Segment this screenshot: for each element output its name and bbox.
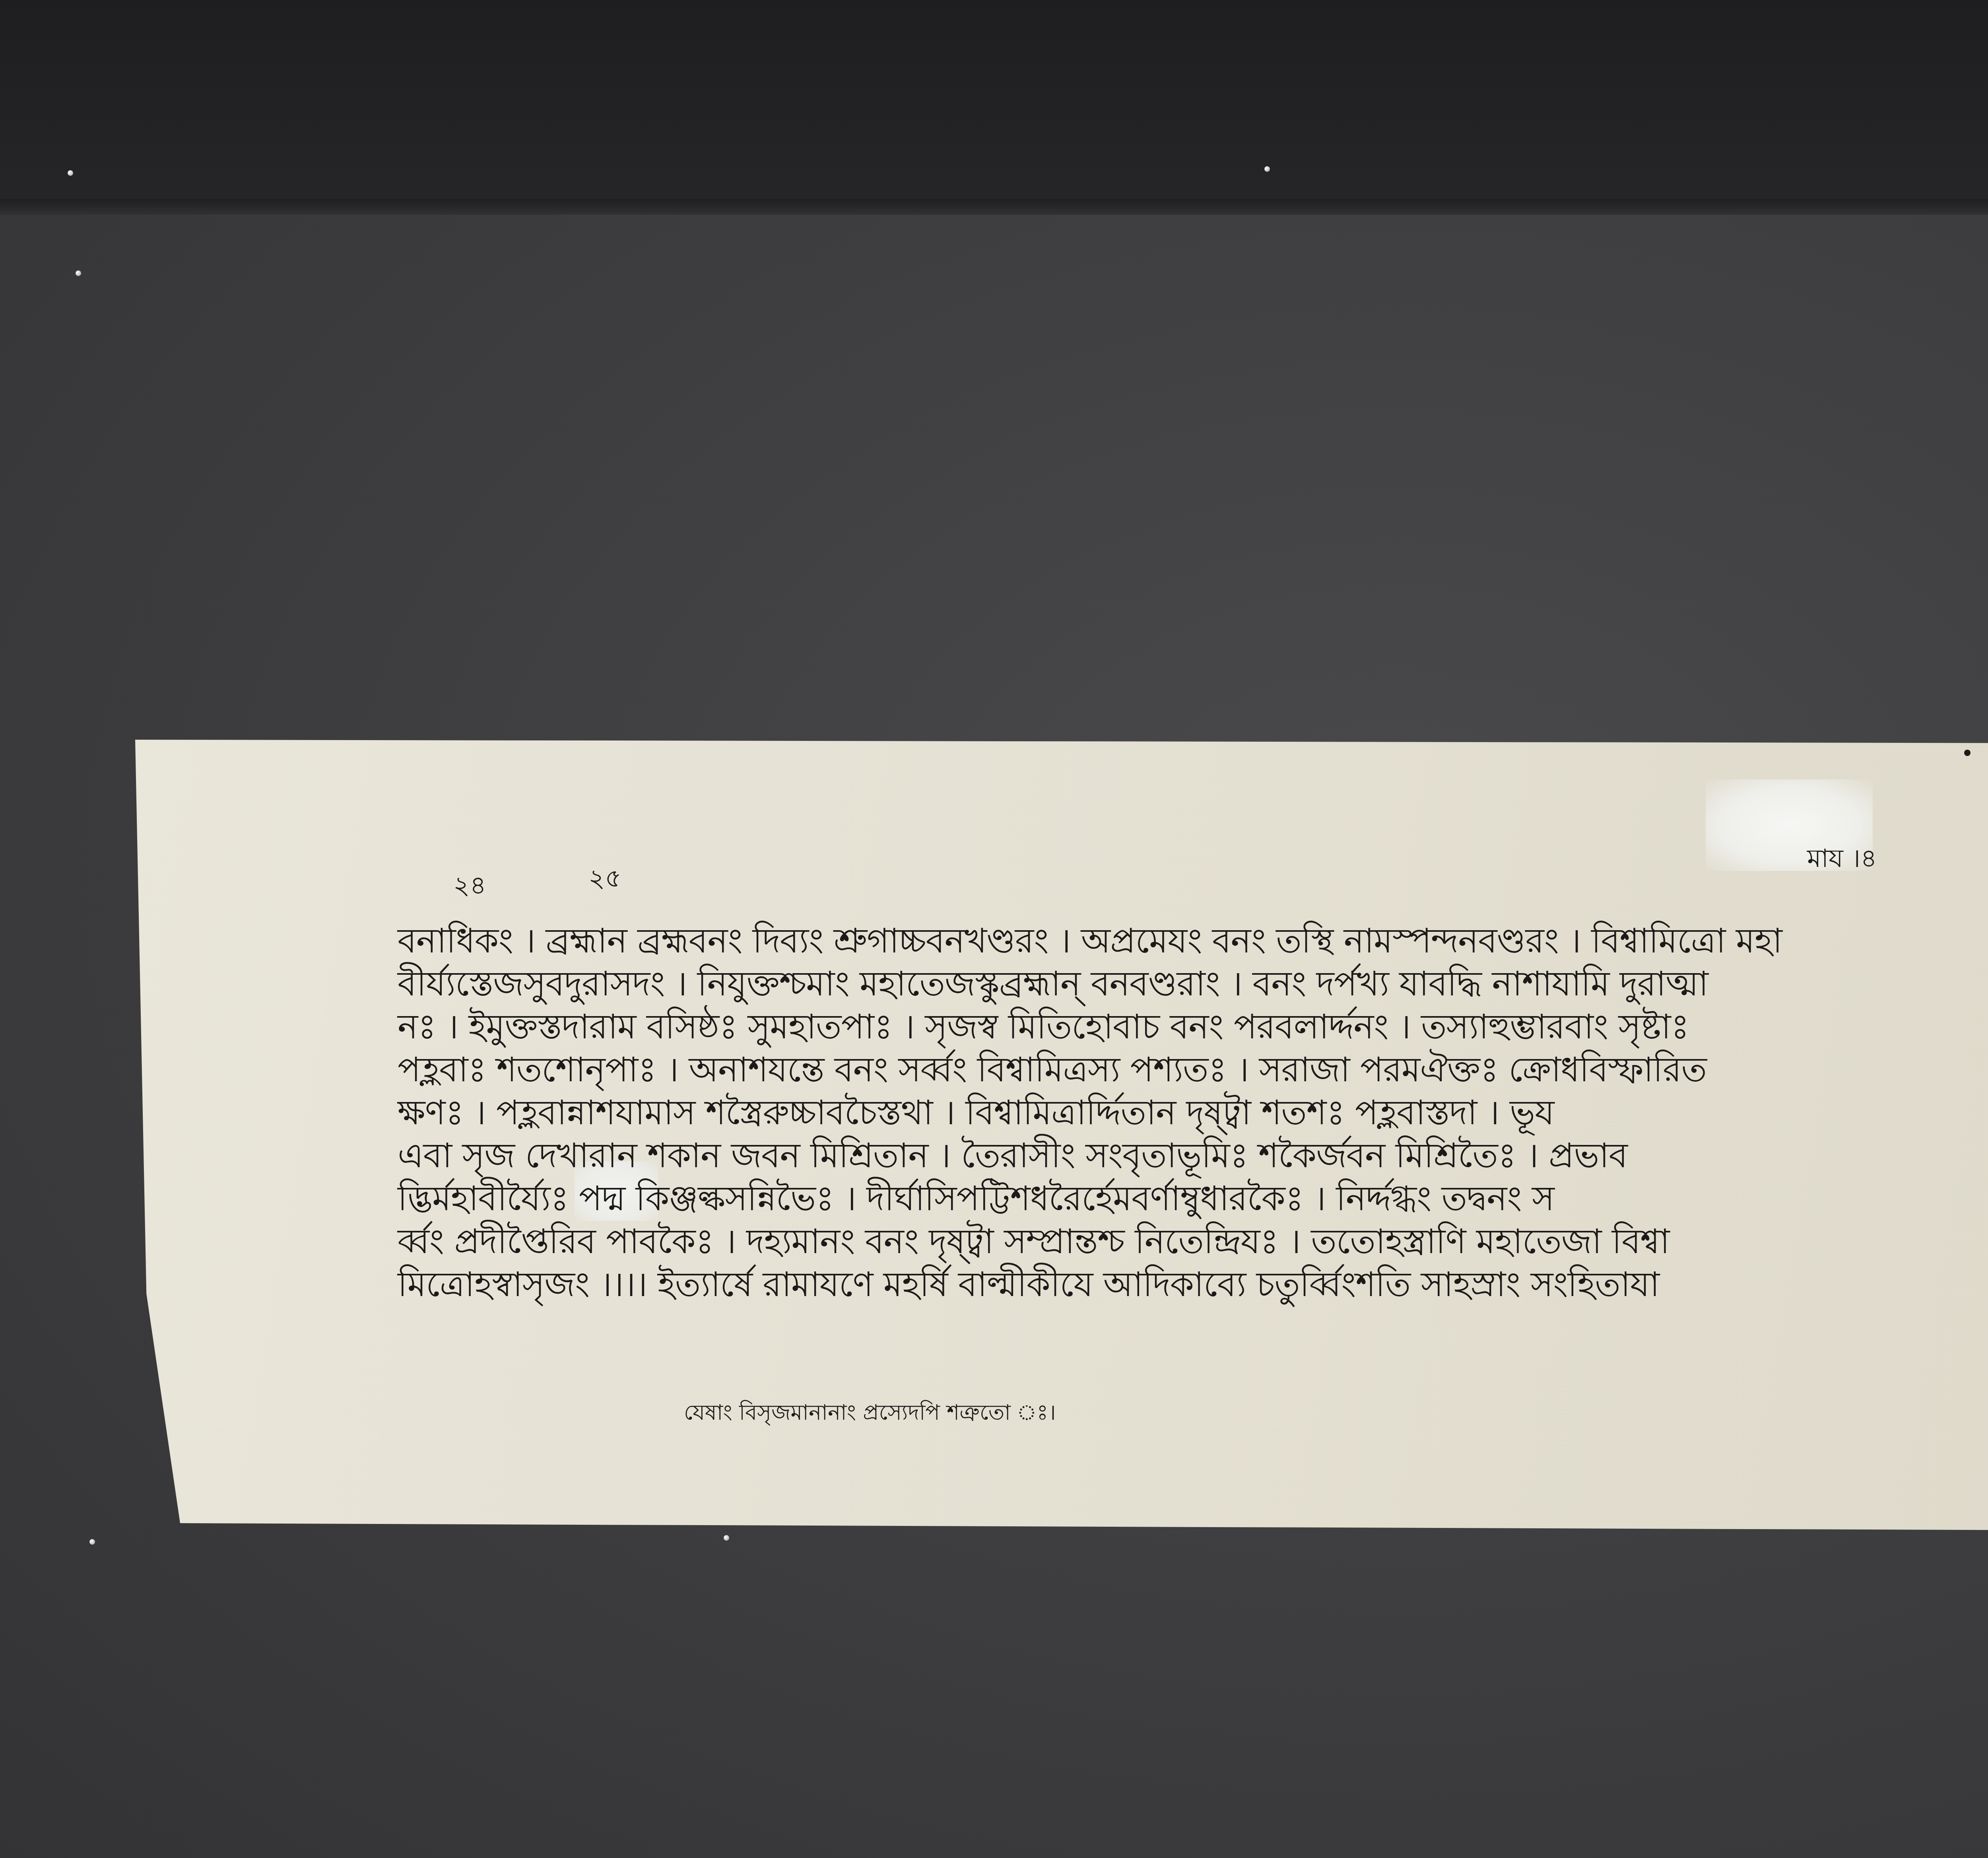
folio-right-label: মায ।৪ [1807,839,1877,882]
folio-number-2: ২৫ [588,859,621,902]
ink-dot [1964,750,1971,756]
folio-number-1: ২৪ [453,866,486,909]
pin-icon [76,270,81,276]
pin-icon [724,1535,729,1541]
pin-icon [89,1539,95,1545]
top-dark-band [0,0,1988,215]
footnote-line: যেষাং বিসৃজমানানাং প্রস্যেদপি শত্রুতো ঃ। [684,1396,1056,1432]
pin-icon [1264,166,1270,172]
text-line-9: মিত্রোহস্বাসৃজং ।।।। ইত্যার্ষে রামাযণে ম… [398,1258,1659,1315]
pin-icon [68,170,73,176]
manuscript-page: ২৪ ২৫ মায ।৪ বনাধিকং । ব্রহ্মান ব্রহ্মবন… [135,740,1988,1531]
